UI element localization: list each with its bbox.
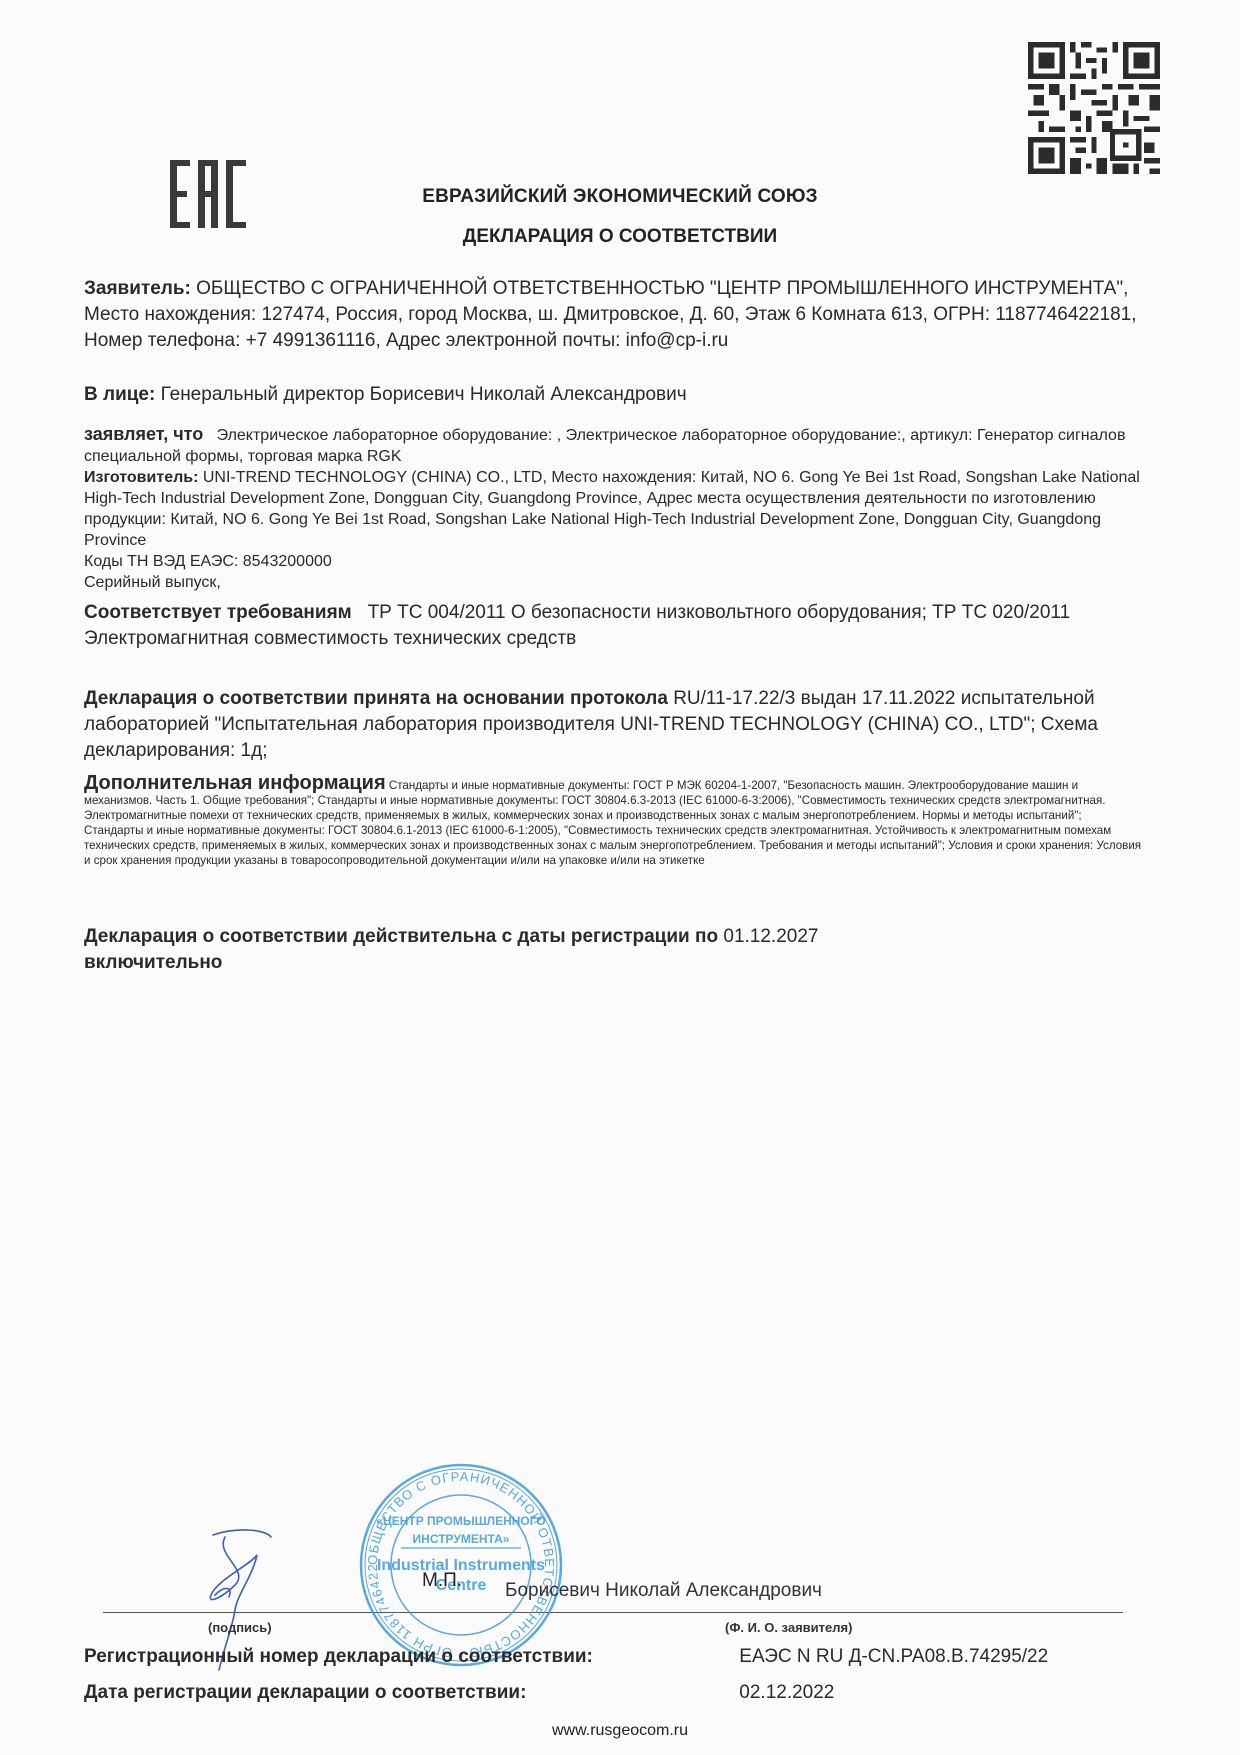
additional-info-text: Стандарты и иные нормативные документы: … [84, 779, 1141, 867]
signature-caption: (подпись) [208, 1620, 272, 1635]
document-title: ДЕКЛАРАЦИЯ О СООТВЕТСТВИИ [0, 226, 1240, 248]
registration-date-label: Дата регистрации декларации о соответств… [84, 1682, 734, 1704]
registration-number-row: Регистрационный номер декларации о соотв… [84, 1646, 1048, 1668]
additional-info-label: Дополнительная информация [84, 772, 386, 794]
union-title: ЕВРАЗИЙСКИЙ ЭКОНОМИЧЕСКИЙ СОЮЗ [0, 186, 1240, 208]
stamp-line2: ИНСТРУМЕНТА» [413, 1532, 510, 1546]
manufacturer-label: Изготовитель: [84, 469, 198, 486]
stamp-place-label: М.П. [422, 1570, 462, 1592]
validity-label: Декларация о соответствии действительна … [84, 926, 718, 947]
product-description: Электрическое лабораторное оборудование:… [84, 427, 1125, 465]
applicant-text: ОБЩЕСТВО С ОГРАНИЧЕННОЙ ОТВЕТСТВЕННОСТЬЮ… [84, 278, 1137, 351]
registration-number: ЕАЭС N RU Д-CN.РА08.В.74295/22 [739, 1646, 1048, 1667]
footer-url[interactable]: www.rusgeocom.ru [0, 1722, 1240, 1740]
stamp-line1: «ЦЕНТР ПРОМЫШЛЕННОГО [376, 1514, 545, 1528]
additional-info-section: Дополнительная информация Стандарты и ин… [84, 776, 1144, 868]
declares-section: заявляет, что Электрическое лабораторное… [84, 424, 1144, 593]
person-text: Генеральный директор Борисевич Николай А… [161, 384, 687, 405]
declares-label: заявляет, что [84, 424, 203, 444]
person-section: В лице: Генеральный директор Борисевич Н… [84, 382, 1144, 408]
manufacturer-text: UNI-TREND TECHNOLOGY (CHINA) CO., LTD, М… [84, 469, 1140, 549]
protocol-label: Декларация о соответствии принята на осн… [84, 688, 668, 709]
hs-codes: Коды ТН ВЭД ЕАЭС: 8543200000 [84, 551, 1144, 572]
applicant-full-name: Борисевич Николай Александрович [505, 1580, 822, 1602]
conforms-label: Соответствует требованиям [84, 602, 352, 623]
validity-suffix: включительно [84, 952, 222, 973]
applicant-section: Заявитель: ОБЩЕСТВО С ОГРАНИЧЕННОЙ ОТВЕТ… [84, 276, 1144, 354]
registration-date-row: Дата регистрации декларации о соответств… [84, 1682, 834, 1704]
qr-code-icon[interactable] [1028, 42, 1160, 174]
registration-number-label: Регистрационный номер декларации о соотв… [84, 1646, 734, 1668]
conforms-section: Соответствует требованиям ТР ТС 004/2011… [84, 600, 1144, 652]
name-caption: (Ф. И. О. заявителя) [725, 1620, 852, 1635]
validity-date: 01.12.2027 [723, 926, 818, 947]
applicant-label: Заявитель: [84, 278, 191, 299]
series-type: Серийный выпуск, [84, 572, 1144, 593]
registration-date: 02.12.2022 [739, 1682, 834, 1703]
person-label: В лице: [84, 384, 155, 405]
validity-section: Декларация о соответствии действительна … [84, 924, 1144, 976]
protocol-section: Декларация о соответствии принята на осн… [84, 686, 1144, 764]
company-stamp-icon: ОБЩЕСТВО С ОГРАНИЧЕННОЙ ОТВЕТСТВЕННОСТЬЮ… [356, 1455, 566, 1675]
